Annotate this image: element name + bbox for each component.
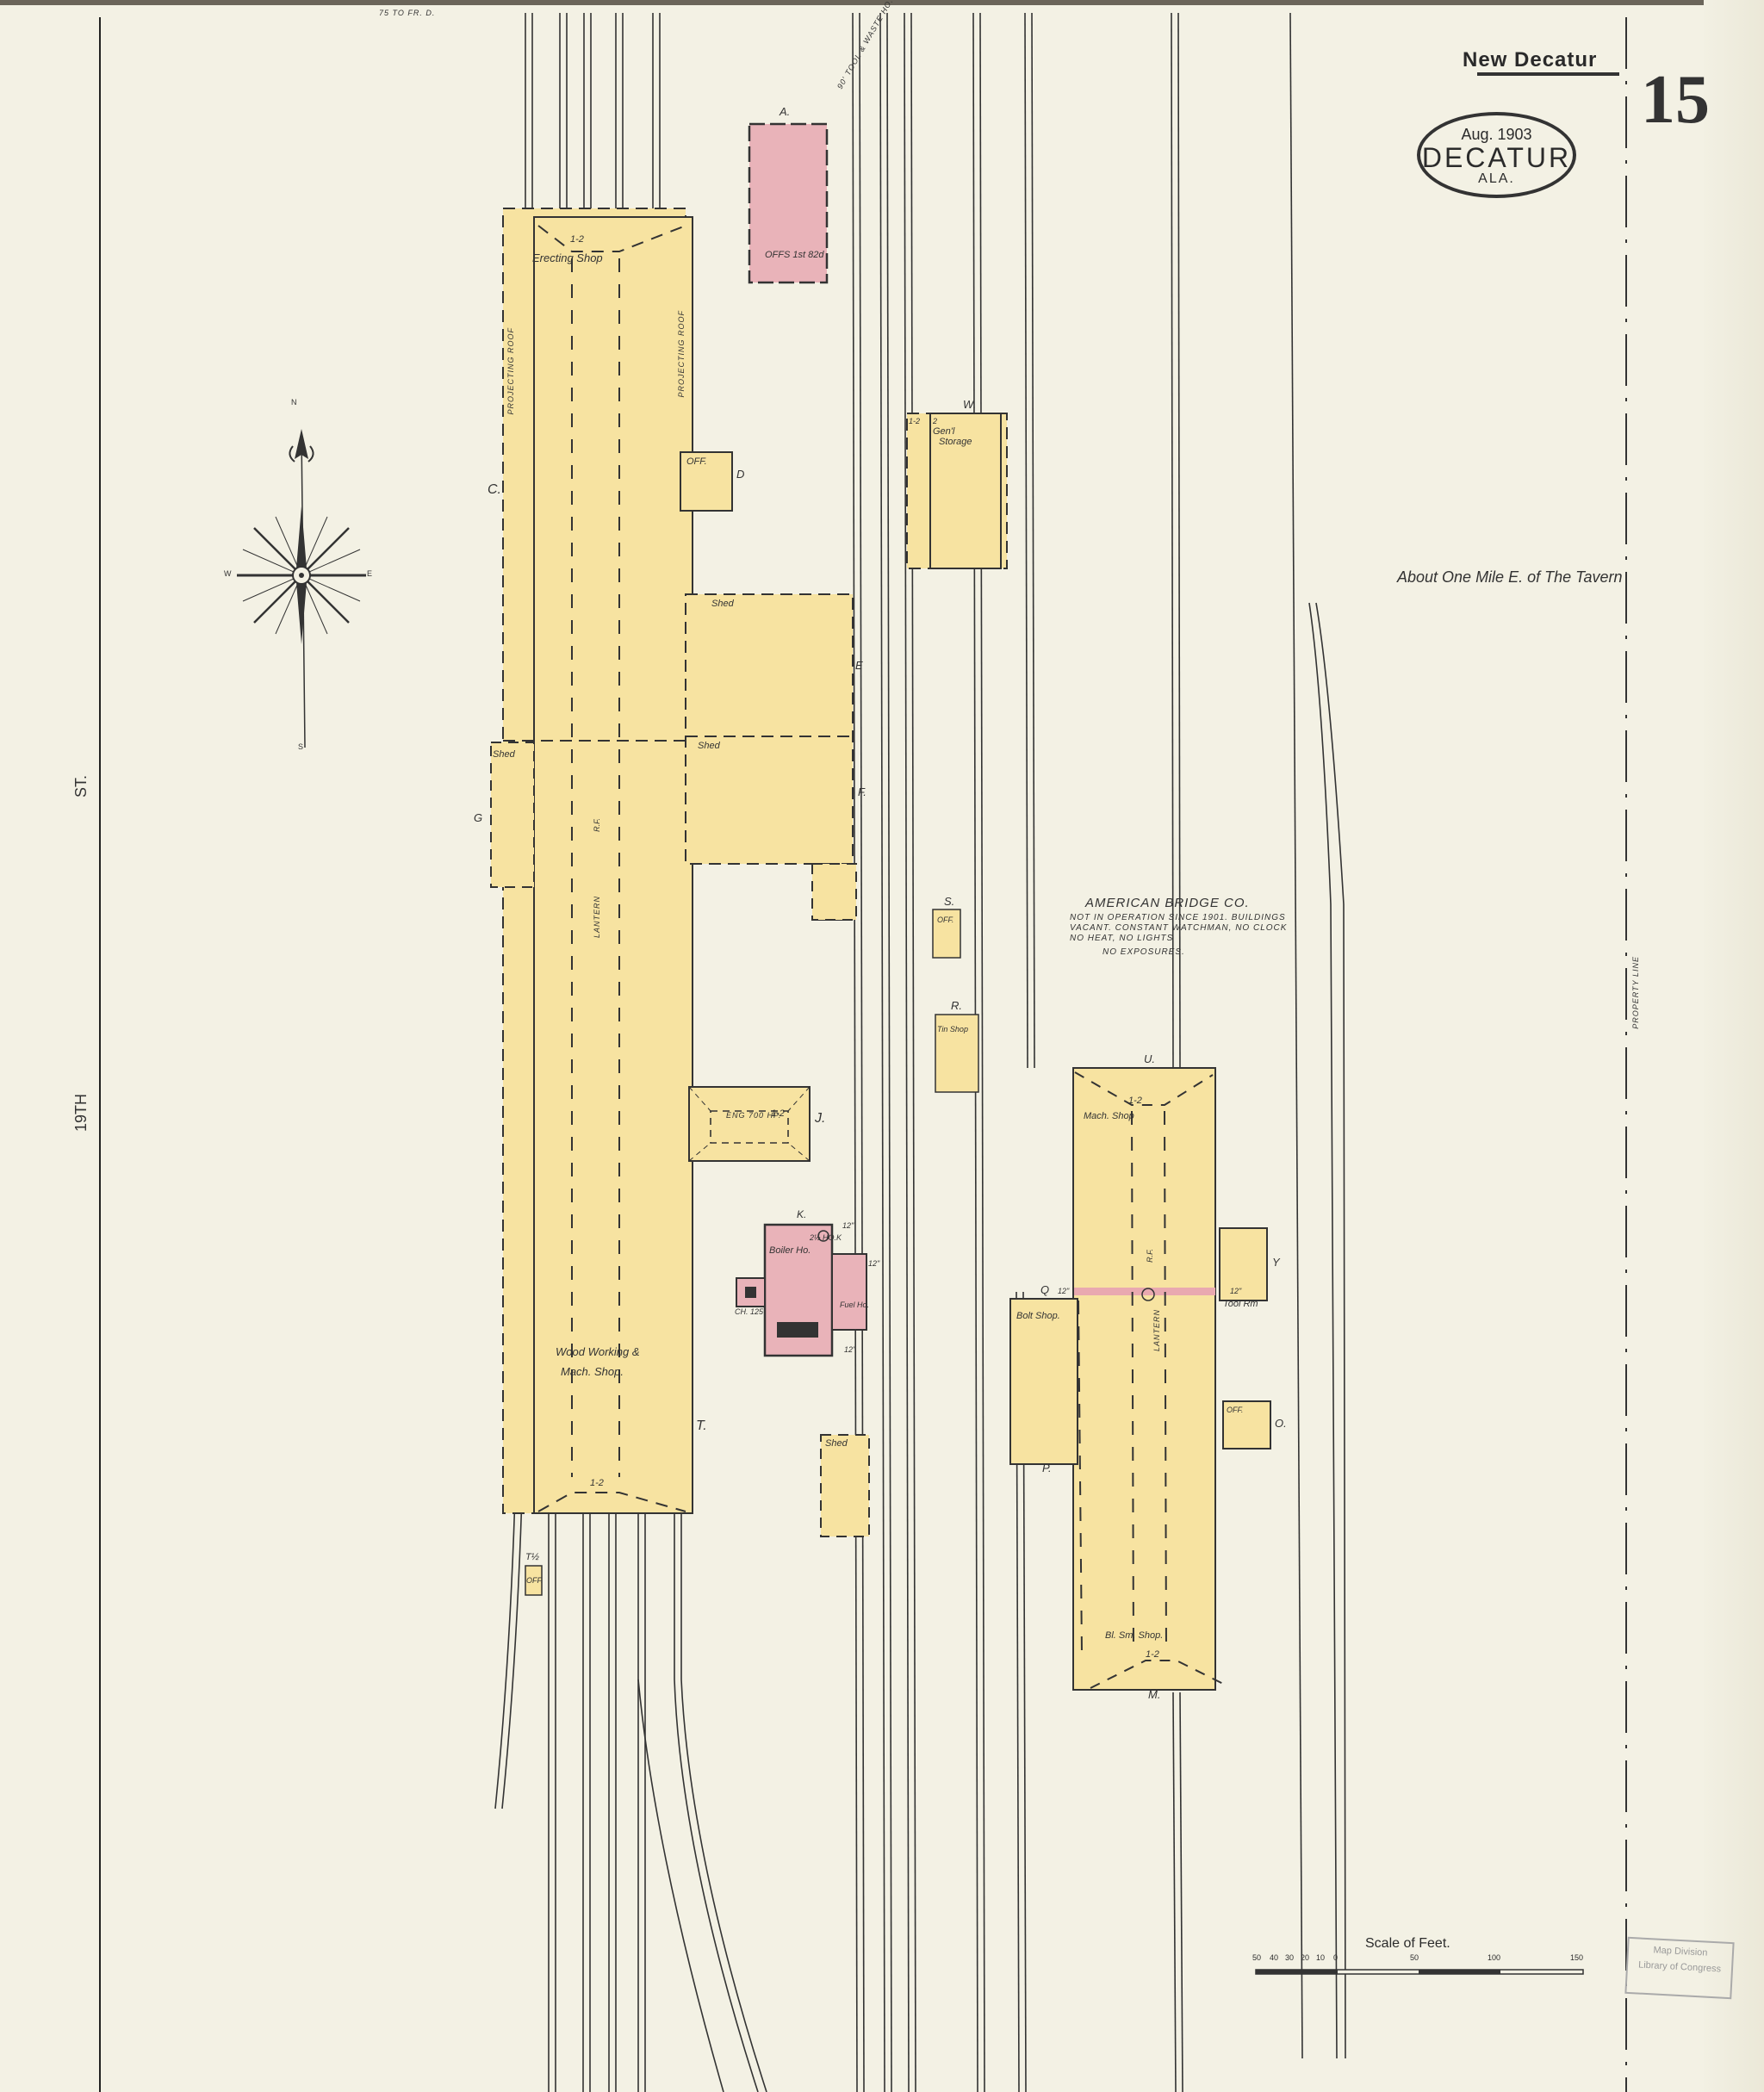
bl-sm-shop-label: Bl. Sm. Shop. bbox=[1105, 1630, 1163, 1641]
stamp-state: ALA. bbox=[1420, 171, 1573, 187]
street-suffix: ST. bbox=[72, 775, 90, 798]
projecting-roof-right: PROJECTING ROOF bbox=[677, 310, 686, 398]
erecting-shop-label: Erecting Shop bbox=[532, 251, 603, 264]
rf-label: R.F. bbox=[593, 818, 601, 832]
letter-w: W. bbox=[963, 398, 976, 411]
wood-working-label-2: Mach. Shop. bbox=[561, 1365, 624, 1378]
tool-room-label: Tool Rm bbox=[1223, 1299, 1258, 1309]
shed-bottom-label: Shed bbox=[825, 1438, 848, 1449]
scale-tick: 150 bbox=[1570, 1953, 1583, 1962]
compass-s: S bbox=[298, 742, 303, 751]
sheet-number: 15 bbox=[1641, 65, 1710, 134]
storage-label-1: Gen'l bbox=[933, 426, 954, 437]
office-d-label: OFF. bbox=[686, 456, 707, 467]
letter-g: G bbox=[474, 811, 482, 824]
top-note: 75 TO FR. D. bbox=[379, 9, 435, 17]
letter-s: S. bbox=[944, 895, 954, 908]
company-notes: Not in operation since 1901. Buildings v… bbox=[1070, 913, 1287, 944]
erecting-shop-stories: 1-2 bbox=[570, 234, 584, 245]
note-line: no heat, no lights bbox=[1070, 934, 1287, 944]
letter-t-half: T½ bbox=[525, 1552, 539, 1562]
compass-rose-icon bbox=[237, 429, 366, 748]
letter-y: Y bbox=[1272, 1256, 1280, 1269]
stamp-line: Map Division bbox=[1629, 1944, 1732, 1959]
scale-tick: 100 bbox=[1488, 1953, 1500, 1962]
letter-r: R. bbox=[951, 999, 962, 1012]
wall-thickness: 12" bbox=[842, 1221, 854, 1230]
storage-stories: 1-2 bbox=[909, 417, 920, 425]
letter-q: Q bbox=[1040, 1283, 1049, 1296]
letter-e: E bbox=[855, 659, 863, 672]
machine-shop bbox=[1010, 1068, 1270, 1690]
street-number: 19TH bbox=[72, 1094, 90, 1132]
compass-n: N bbox=[291, 398, 297, 407]
letter-o: O. bbox=[1275, 1417, 1287, 1430]
exposures-note: No Exposures. bbox=[1102, 947, 1185, 958]
scale-bar bbox=[1256, 1970, 1583, 1974]
scale-tick: 10 bbox=[1316, 1953, 1325, 1962]
storage-label-2: Storage bbox=[939, 437, 972, 447]
projecting-roof-left: PROJECTING ROOF bbox=[506, 327, 515, 415]
scale-tick: 40 bbox=[1270, 1953, 1278, 1962]
chimney-label: CH. 125' bbox=[735, 1307, 765, 1316]
scale-tick: 50 bbox=[1252, 1953, 1261, 1962]
district-title: New Decatur bbox=[1463, 48, 1597, 72]
boiler-house bbox=[736, 1225, 866, 1356]
shed-e-label: Shed bbox=[711, 599, 734, 609]
engine-stories: 1-2 bbox=[771, 1108, 785, 1119]
rf-label-2: R.F. bbox=[1146, 1249, 1154, 1263]
letter-m: M. bbox=[1148, 1688, 1160, 1701]
fuel-house-label: Fuel Ho. bbox=[840, 1301, 869, 1309]
shed-f-label: Shed bbox=[698, 741, 720, 751]
scale-tick: 30 bbox=[1285, 1953, 1294, 1962]
engine-house bbox=[689, 1087, 810, 1161]
letter-p: P. bbox=[1042, 1462, 1052, 1474]
bolt-shop-label: Bolt Shop. bbox=[1016, 1311, 1060, 1321]
property-line-label: PROPERTY LINE bbox=[1631, 956, 1640, 1029]
stamp-line: Library of Congress bbox=[1628, 1959, 1731, 1975]
tin-shop-label: Tin Shop bbox=[937, 1025, 968, 1034]
scale-title: Scale of Feet. bbox=[1365, 1936, 1450, 1952]
lantern-label: LANTERN bbox=[593, 896, 601, 938]
stamp-date: Aug. 1903 bbox=[1420, 126, 1573, 144]
note-line: Not in operation since 1901. Buildings bbox=[1070, 913, 1287, 923]
wood-working-stories: 1-2 bbox=[590, 1478, 604, 1488]
map-drawing bbox=[0, 0, 1764, 2092]
bolt-shop-wall: 12" bbox=[1058, 1287, 1069, 1295]
note-line: vacant. Constant watchman, no clock bbox=[1070, 923, 1287, 934]
letter-t: T. bbox=[696, 1418, 707, 1434]
letter-k: K. bbox=[797, 1208, 806, 1220]
mach-shop-label: Mach. Shop bbox=[1084, 1111, 1134, 1121]
offices-a-label: OFFS 1st 82d bbox=[765, 250, 823, 260]
wall-thickness: 12" bbox=[868, 1259, 879, 1268]
mach-shop-stories: 1-2 bbox=[1128, 1096, 1142, 1106]
bl-sm-shop-stories: 1-2 bbox=[1146, 1649, 1159, 1660]
office-t-half-label: OFF. bbox=[526, 1576, 543, 1585]
stamp-city: DECATUR bbox=[1420, 144, 1573, 171]
scale-tick: 0 bbox=[1333, 1953, 1338, 1962]
date-stamp: Aug. 1903 DECATUR ALA. bbox=[1417, 112, 1576, 198]
compass-w: W bbox=[224, 569, 232, 578]
wall-thickness: 12" bbox=[844, 1345, 855, 1354]
scale-tick: 50 bbox=[1410, 1953, 1419, 1962]
boiler-label: Boiler Ho. bbox=[769, 1245, 811, 1256]
letter-c: C. bbox=[488, 482, 501, 498]
compass-e: E bbox=[367, 569, 372, 578]
storage-stories-2: 2 bbox=[933, 417, 937, 425]
company-name: American Bridge Co. bbox=[1085, 896, 1250, 910]
shed-g-label: Shed bbox=[493, 749, 515, 760]
letter-f: F. bbox=[858, 785, 866, 798]
letter-u: U. bbox=[1144, 1052, 1155, 1065]
title-underline bbox=[1477, 72, 1619, 76]
library-stamp: Map Division Library of Congress bbox=[1624, 1937, 1734, 1999]
shed-g bbox=[491, 742, 534, 887]
location-note: About One Mile E. of The Tavern bbox=[1397, 568, 1622, 587]
office-o-label: OFF. bbox=[1227, 1406, 1243, 1414]
office-s-label: OFF. bbox=[937, 916, 953, 924]
scale-tick: 20 bbox=[1301, 1953, 1309, 1962]
shed-bottom bbox=[821, 1435, 869, 1536]
tool-room-wall: 12" bbox=[1230, 1287, 1241, 1295]
letter-j: J. bbox=[815, 1111, 825, 1127]
lantern-label-2: LANTERN bbox=[1152, 1309, 1161, 1351]
letter-a: A. bbox=[780, 105, 790, 118]
stack-label: 2½ HO.K bbox=[810, 1233, 842, 1242]
letter-d: D bbox=[736, 468, 744, 481]
wood-working-label-1: Wood Working & bbox=[556, 1345, 640, 1358]
